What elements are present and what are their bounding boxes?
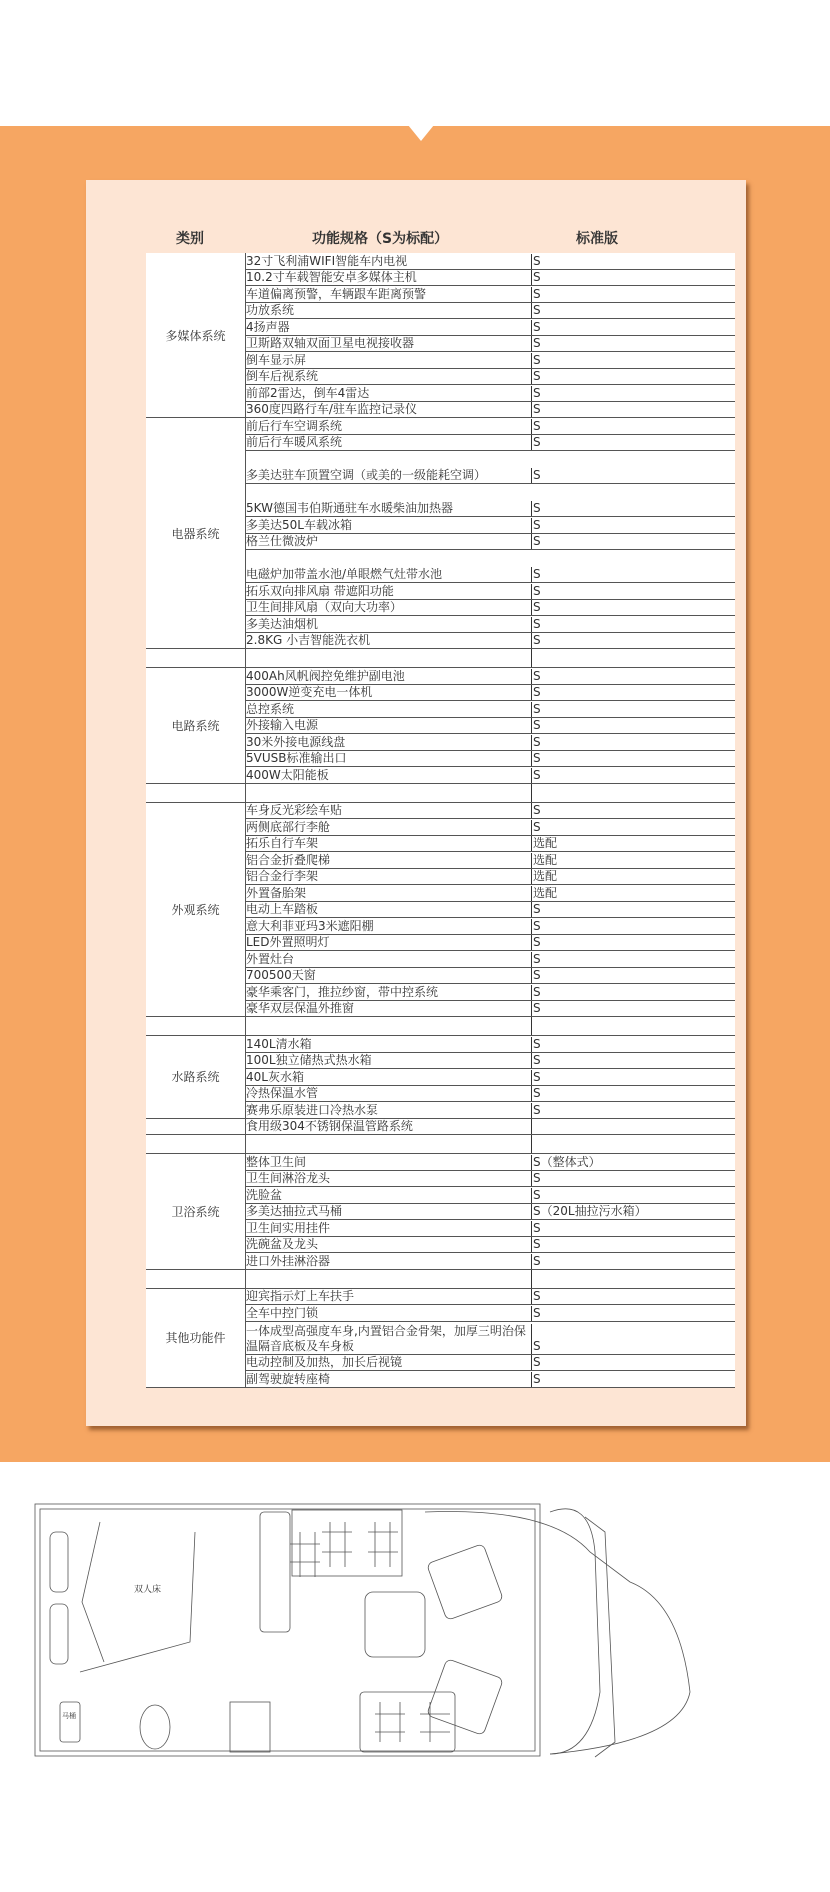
category-label bbox=[146, 1017, 246, 1035]
feature-cell: 功放系统 bbox=[246, 303, 532, 318]
feature-cell: 车道偏离预警，车辆跟车距离预警 bbox=[246, 287, 532, 302]
table-row: 总控系统S bbox=[246, 701, 735, 718]
standard-cell: S bbox=[532, 968, 735, 983]
category-group: 其他功能件迎宾指示灯上车扶手S全车中控门锁S一体成型高强度车身,内置铝合金骨架，… bbox=[146, 1289, 735, 1388]
feature-cell: 整体卫生间 bbox=[246, 1155, 532, 1170]
standard-cell: S bbox=[532, 336, 735, 351]
feature-cell: 卫生间排风扇（双向大功率） bbox=[246, 600, 532, 615]
standard-cell: S bbox=[532, 669, 735, 684]
table-row: 电磁炉加带盖水池/单眼燃气灶带水池S bbox=[246, 550, 735, 583]
standard-cell: S bbox=[532, 270, 735, 285]
table-row: 豪华乘客门，推拉纱窗，带中控系统S bbox=[246, 984, 735, 1001]
feature-cell: 迎宾指示灯上车扶手 bbox=[246, 1289, 532, 1304]
standard-cell: S bbox=[532, 633, 735, 648]
header-category: 类别 bbox=[176, 228, 204, 248]
table-row: 4扬声器S bbox=[246, 319, 735, 336]
table-row: 5VUSB标准输出口S bbox=[246, 751, 735, 768]
category-label bbox=[146, 1135, 246, 1153]
spacer-row bbox=[146, 784, 735, 803]
standard-cell: S bbox=[532, 803, 735, 818]
feature-cell: 两侧底部行李舱 bbox=[246, 820, 532, 835]
standard-cell: S bbox=[532, 617, 735, 632]
standard-cell: S bbox=[532, 1001, 735, 1016]
feature-cell: 400W太阳能板 bbox=[246, 768, 532, 783]
feature-cell: 外置灶台 bbox=[246, 952, 532, 967]
feature-cell: 拓乐双向排风扇 带遮阳功能 bbox=[246, 584, 532, 599]
standard-cell: S bbox=[532, 768, 735, 783]
feature-cell: 洗碗盆及龙头 bbox=[246, 1237, 532, 1252]
standard-cell: S bbox=[532, 1339, 735, 1354]
table-row: 冷热保温水管S bbox=[246, 1086, 735, 1103]
table-row: 5KW德国韦伯斯通驻车水暖柴油加热器S bbox=[246, 484, 735, 517]
standard-cell: 选配 bbox=[532, 836, 735, 851]
table-row: 洗脸盆S bbox=[246, 1187, 735, 1204]
feature-cell: 外接输入电源 bbox=[246, 718, 532, 733]
feature-cell: 食用级304不锈钢保温管路系统 bbox=[246, 1119, 532, 1134]
table-row: 进口外挂淋浴器S bbox=[246, 1253, 735, 1269]
table-row: 外接输入电源S bbox=[246, 718, 735, 735]
feature-cell: 外置备胎架 bbox=[246, 886, 532, 901]
standard-cell: 选配 bbox=[532, 886, 735, 901]
table-row: 外置灶台S bbox=[246, 951, 735, 968]
standard-cell: S bbox=[532, 353, 735, 368]
feature-cell: LED外置照明灯 bbox=[246, 935, 532, 950]
standard-cell: S bbox=[532, 287, 735, 302]
feature-cell: 卫生间实用挂件 bbox=[246, 1221, 532, 1236]
standard-cell: S bbox=[532, 685, 735, 700]
spacer-row bbox=[146, 1017, 735, 1036]
table-row: 卫生间实用挂件S bbox=[246, 1220, 735, 1237]
standard-cell: S bbox=[532, 1188, 735, 1203]
table-row: 车身反光彩绘车贴S bbox=[246, 803, 735, 820]
table-row: 豪华双层保温外推窗S bbox=[246, 1001, 735, 1017]
standard-cell: S bbox=[532, 820, 735, 835]
feature-cell: 全车中控门锁 bbox=[246, 1306, 532, 1321]
table-row: 2.8KG 小吉智能洗衣机S bbox=[246, 633, 735, 649]
standard-cell: S bbox=[532, 919, 735, 934]
table-row: 多美达驻车顶置空调（或美的一级能耗空调）S bbox=[246, 451, 735, 484]
table-row: 倒车显示屏S bbox=[246, 352, 735, 369]
feature-cell: 400Ah风帆阀控免维护副电池 bbox=[246, 669, 532, 684]
standard-cell: S bbox=[532, 952, 735, 967]
spec-table: 多媒体系统32寸飞利浦WIFI智能车内电视S10.2寸车载智能安卓多媒体主机S车… bbox=[146, 253, 735, 1388]
standard-cell: S bbox=[532, 1070, 735, 1085]
table-row: 铝合金行李架选配 bbox=[246, 869, 735, 886]
feature-cell: 10.2寸车载智能安卓多媒体主机 bbox=[246, 270, 532, 285]
standard-cell: S bbox=[532, 751, 735, 766]
feature-cell: 拓乐自行车架 bbox=[246, 836, 532, 851]
standard-cell: S bbox=[532, 1103, 735, 1118]
feature-cell: 冷热保温水管 bbox=[246, 1086, 532, 1101]
standard-cell: S bbox=[532, 584, 735, 599]
feature-cell: 前后行车暖风系统 bbox=[246, 435, 532, 450]
toilet-label: 马桶 bbox=[62, 1711, 76, 1720]
feature-cell: 电动上车踏板 bbox=[246, 902, 532, 917]
category-group: 电路系统400Ah风帆阀控免维护副电池S3000W逆变充电一体机S总控系统S外接… bbox=[146, 668, 735, 784]
table-row: 整体卫生间S（整体式） bbox=[246, 1154, 735, 1171]
feature-cell: 电动控制及加热，加长后视镜 bbox=[246, 1355, 532, 1370]
table-row: 铝合金折叠爬梯选配 bbox=[246, 852, 735, 869]
standard-cell: S bbox=[532, 369, 735, 384]
table-row: 全车中控门锁S bbox=[246, 1305, 735, 1322]
category-label bbox=[146, 649, 246, 667]
feature-cell: 洗脸盆 bbox=[246, 1188, 532, 1203]
standard-cell: S bbox=[532, 567, 735, 582]
standard-cell: S bbox=[532, 386, 735, 401]
standard-cell: S bbox=[532, 518, 735, 533]
table-row: 格兰仕微波炉S bbox=[246, 534, 735, 551]
table-row: 前后行车空调系统S bbox=[246, 418, 735, 435]
standard-cell: S bbox=[532, 419, 735, 434]
table-row: 卫生间淋浴龙头S bbox=[246, 1171, 735, 1188]
feature-cell: 700500天窗 bbox=[246, 968, 532, 983]
feature-cell: 车身反光彩绘车贴 bbox=[246, 803, 532, 818]
feature-cell: 总控系统 bbox=[246, 702, 532, 717]
table-row: 拓乐双向排风扇 带遮阳功能S bbox=[246, 583, 735, 600]
table-row: 40L灰水箱S bbox=[246, 1069, 735, 1086]
feature-cell: 一体成型高强度车身,内置铝合金骨架，加厚三明治保温隔音底板及车身板 bbox=[246, 1324, 532, 1354]
category-group: 电器系统前后行车空调系统S前后行车暖风系统S多美达驻车顶置空调（或美的一级能耗空… bbox=[146, 418, 735, 649]
table-row: 400Ah风帆阀控免维护副电池S bbox=[246, 668, 735, 685]
standard-cell: S bbox=[532, 468, 735, 483]
standard-cell: S bbox=[532, 254, 735, 269]
standard-cell: S bbox=[532, 1221, 735, 1236]
standard-cell: S（20L抽拉污水箱） bbox=[532, 1204, 735, 1219]
category-group: 水路系统140L清水箱S100L独立储热式热水箱S40L灰水箱S冷热保温水管S赛… bbox=[146, 1036, 735, 1119]
pillow-icon bbox=[50, 1604, 68, 1664]
table-row: 外置备胎架选配 bbox=[246, 885, 735, 902]
category-label: 外观系统 bbox=[146, 803, 246, 1017]
category-label bbox=[146, 1119, 246, 1135]
category-label bbox=[146, 1270, 246, 1288]
table-row: 多美达油烟机S bbox=[246, 616, 735, 633]
standard-cell: S bbox=[532, 501, 735, 516]
category-label: 卫浴系统 bbox=[146, 1154, 246, 1269]
table-row: 700500天窗S bbox=[246, 968, 735, 985]
standard-cell: S bbox=[532, 1254, 735, 1269]
standard-cell: S bbox=[532, 702, 735, 717]
table-row: 前后行车暖风系统S bbox=[246, 435, 735, 452]
table-row: 拓乐自行车架选配 bbox=[246, 836, 735, 853]
feature-cell: 铝合金行李架 bbox=[246, 869, 532, 884]
category-label: 电路系统 bbox=[146, 668, 246, 783]
feature-cell: 30米外接电源线盘 bbox=[246, 735, 532, 750]
feature-cell: 进口外挂淋浴器 bbox=[246, 1254, 532, 1269]
table-row: 400W太阳能板S bbox=[246, 767, 735, 783]
table-row: 电动控制及加热，加长后视镜S bbox=[246, 1355, 735, 1372]
floor-plan-drawing: 双人床 马桶 bbox=[30, 1492, 810, 1762]
table-row: 赛弗乐原装进口冷热水泵S bbox=[246, 1102, 735, 1118]
standard-cell: S bbox=[532, 1053, 735, 1068]
feature-cell: 副驾驶旋转座椅 bbox=[246, 1372, 532, 1387]
feature-cell: 前后行车空调系统 bbox=[246, 419, 532, 434]
header-standard: 标准版 bbox=[576, 228, 618, 248]
feature-cell: 32寸飞利浦WIFI智能车内电视 bbox=[246, 254, 532, 269]
feature-cell: 豪华双层保温外推窗 bbox=[246, 1001, 532, 1016]
feature-cell: 豪华乘客门，推拉纱窗，带中控系统 bbox=[246, 985, 532, 1000]
category-label: 多媒体系统 bbox=[146, 253, 246, 417]
feature-cell: 40L灰水箱 bbox=[246, 1070, 532, 1085]
feature-cell: 3000W逆变充电一体机 bbox=[246, 685, 532, 700]
standard-cell: S bbox=[532, 534, 735, 549]
standard-cell: S bbox=[532, 935, 735, 950]
table-row: 10.2寸车载智能安卓多媒体主机S bbox=[246, 270, 735, 287]
standard-cell: S bbox=[532, 985, 735, 1000]
standard-cell: 选配 bbox=[532, 853, 735, 868]
spacer-row bbox=[146, 1135, 735, 1154]
table-row: 两侧底部行李舱S bbox=[246, 819, 735, 836]
table-row: 多美达抽拉式马桶S（20L抽拉污水箱） bbox=[246, 1204, 735, 1221]
category-group: 卫浴系统整体卫生间S（整体式）卫生间淋浴龙头S洗脸盆S多美达抽拉式马桶S（20L… bbox=[146, 1154, 735, 1270]
feature-cell: 多美达油烟机 bbox=[246, 617, 532, 632]
feature-cell: 5KW德国韦伯斯通驻车水暖柴油加热器 bbox=[246, 501, 532, 516]
standard-cell: S bbox=[532, 718, 735, 733]
standard-cell: S bbox=[532, 1237, 735, 1252]
feature-cell: 电磁炉加带盖水池/单眼燃气灶带水池 bbox=[246, 567, 532, 582]
standard-cell: S bbox=[532, 1171, 735, 1186]
standard-cell: S bbox=[532, 1086, 735, 1101]
standard-cell: S bbox=[532, 303, 735, 318]
feature-cell: 赛弗乐原装进口冷热水泵 bbox=[246, 1103, 532, 1118]
header-feature: 功能规格（S为标配） bbox=[312, 228, 448, 248]
standard-cell: S bbox=[532, 1037, 735, 1052]
standard-cell: S bbox=[532, 435, 735, 450]
feature-cell: 前部2雷达，倒车4雷达 bbox=[246, 386, 532, 401]
table-row: 3000W逆变充电一体机S bbox=[246, 685, 735, 702]
table-row: 360度四路行车/驻车监控记录仪S bbox=[246, 402, 735, 418]
standard-cell: 选配 bbox=[532, 869, 735, 884]
standard-cell: S（整体式） bbox=[532, 1155, 735, 1170]
feature-cell: 倒车显示屏 bbox=[246, 353, 532, 368]
spacer-row bbox=[146, 1270, 735, 1289]
feature-cell: 倒车后视系统 bbox=[246, 369, 532, 384]
feature-cell: 100L独立储热式热水箱 bbox=[246, 1053, 532, 1068]
feature-cell: 多美达抽拉式马桶 bbox=[246, 1204, 532, 1219]
standard-cell: S bbox=[532, 1355, 735, 1370]
table-row: 140L清水箱S bbox=[246, 1036, 735, 1053]
table-row: 意大利菲亚玛3米遮阳棚S bbox=[246, 918, 735, 935]
standard-cell: S bbox=[532, 1289, 735, 1304]
category-label: 水路系统 bbox=[146, 1036, 246, 1118]
table-row: 车道偏离预警，车辆跟车距离预警S bbox=[246, 286, 735, 303]
table-row: 30米外接电源线盘S bbox=[246, 734, 735, 751]
standard-cell: S bbox=[532, 902, 735, 917]
table-row: 前部2雷达，倒车4雷达S bbox=[246, 385, 735, 402]
category-label: 电器系统 bbox=[146, 418, 246, 648]
standard-cell: S bbox=[532, 320, 735, 335]
feature-cell: 铝合金折叠爬梯 bbox=[246, 853, 532, 868]
category-group: 多媒体系统32寸飞利浦WIFI智能车内电视S10.2寸车载智能安卓多媒体主机S车… bbox=[146, 253, 735, 418]
table-row: 副驾驶旋转座椅S bbox=[246, 1371, 735, 1387]
table-row: 一体成型高强度车身,内置铝合金骨架，加厚三明治保温隔音底板及车身板S bbox=[246, 1322, 735, 1355]
standard-cell: S bbox=[532, 600, 735, 615]
feature-cell: 5VUSB标准输出口 bbox=[246, 751, 532, 766]
feature-cell: 格兰仕微波炉 bbox=[246, 534, 532, 549]
bed-label: 双人床 bbox=[134, 1583, 161, 1595]
standard-cell: S bbox=[532, 1372, 735, 1387]
table-row: 功放系统S bbox=[246, 303, 735, 320]
table-row: 电动上车踏板S bbox=[246, 902, 735, 919]
spacer-row bbox=[146, 649, 735, 668]
standard-cell: S bbox=[532, 1306, 735, 1321]
category-label bbox=[146, 784, 246, 802]
feature-cell: 2.8KG 小吉智能洗衣机 bbox=[246, 633, 532, 648]
feature-cell: 140L清水箱 bbox=[246, 1037, 532, 1052]
table-row: 迎宾指示灯上车扶手S bbox=[246, 1289, 735, 1306]
category-label: 其他功能件 bbox=[146, 1289, 246, 1387]
standard-cell: S bbox=[532, 402, 735, 417]
category-group: 食用级304不锈钢保温管路系统 bbox=[146, 1119, 735, 1136]
feature-cell: 意大利菲亚玛3米遮阳棚 bbox=[246, 919, 532, 934]
feature-cell: 多美达驻车顶置空调（或美的一级能耗空调） bbox=[246, 468, 532, 483]
table-row: 卫斯路双轴双面卫星电视接收器S bbox=[246, 336, 735, 353]
table-row: 洗碗盆及龙头S bbox=[246, 1237, 735, 1254]
feature-cell: 卫斯路双轴双面卫星电视接收器 bbox=[246, 336, 532, 351]
table-row: 食用级304不锈钢保温管路系统 bbox=[246, 1119, 735, 1135]
table-row: LED外置照明灯S bbox=[246, 935, 735, 952]
feature-cell: 4扬声器 bbox=[246, 320, 532, 335]
category-group: 外观系统车身反光彩绘车贴S两侧底部行李舱S拓乐自行车架选配铝合金折叠爬梯选配铝合… bbox=[146, 803, 735, 1018]
feature-cell: 360度四路行车/驻车监控记录仪 bbox=[246, 402, 532, 417]
table-row: 倒车后视系统S bbox=[246, 369, 735, 386]
notch-triangle bbox=[408, 125, 434, 141]
standard-cell: S bbox=[532, 735, 735, 750]
feature-cell: 多美达50L车载冰箱 bbox=[246, 518, 532, 533]
table-row: 100L独立储热式热水箱S bbox=[246, 1053, 735, 1070]
pillow-icon bbox=[50, 1532, 68, 1592]
table-row: 32寸飞利浦WIFI智能车内电视S bbox=[246, 253, 735, 270]
feature-cell: 卫生间淋浴龙头 bbox=[246, 1171, 532, 1186]
table-row: 多美达50L车载冰箱S bbox=[246, 517, 735, 534]
table-row: 卫生间排风扇（双向大功率）S bbox=[246, 600, 735, 617]
